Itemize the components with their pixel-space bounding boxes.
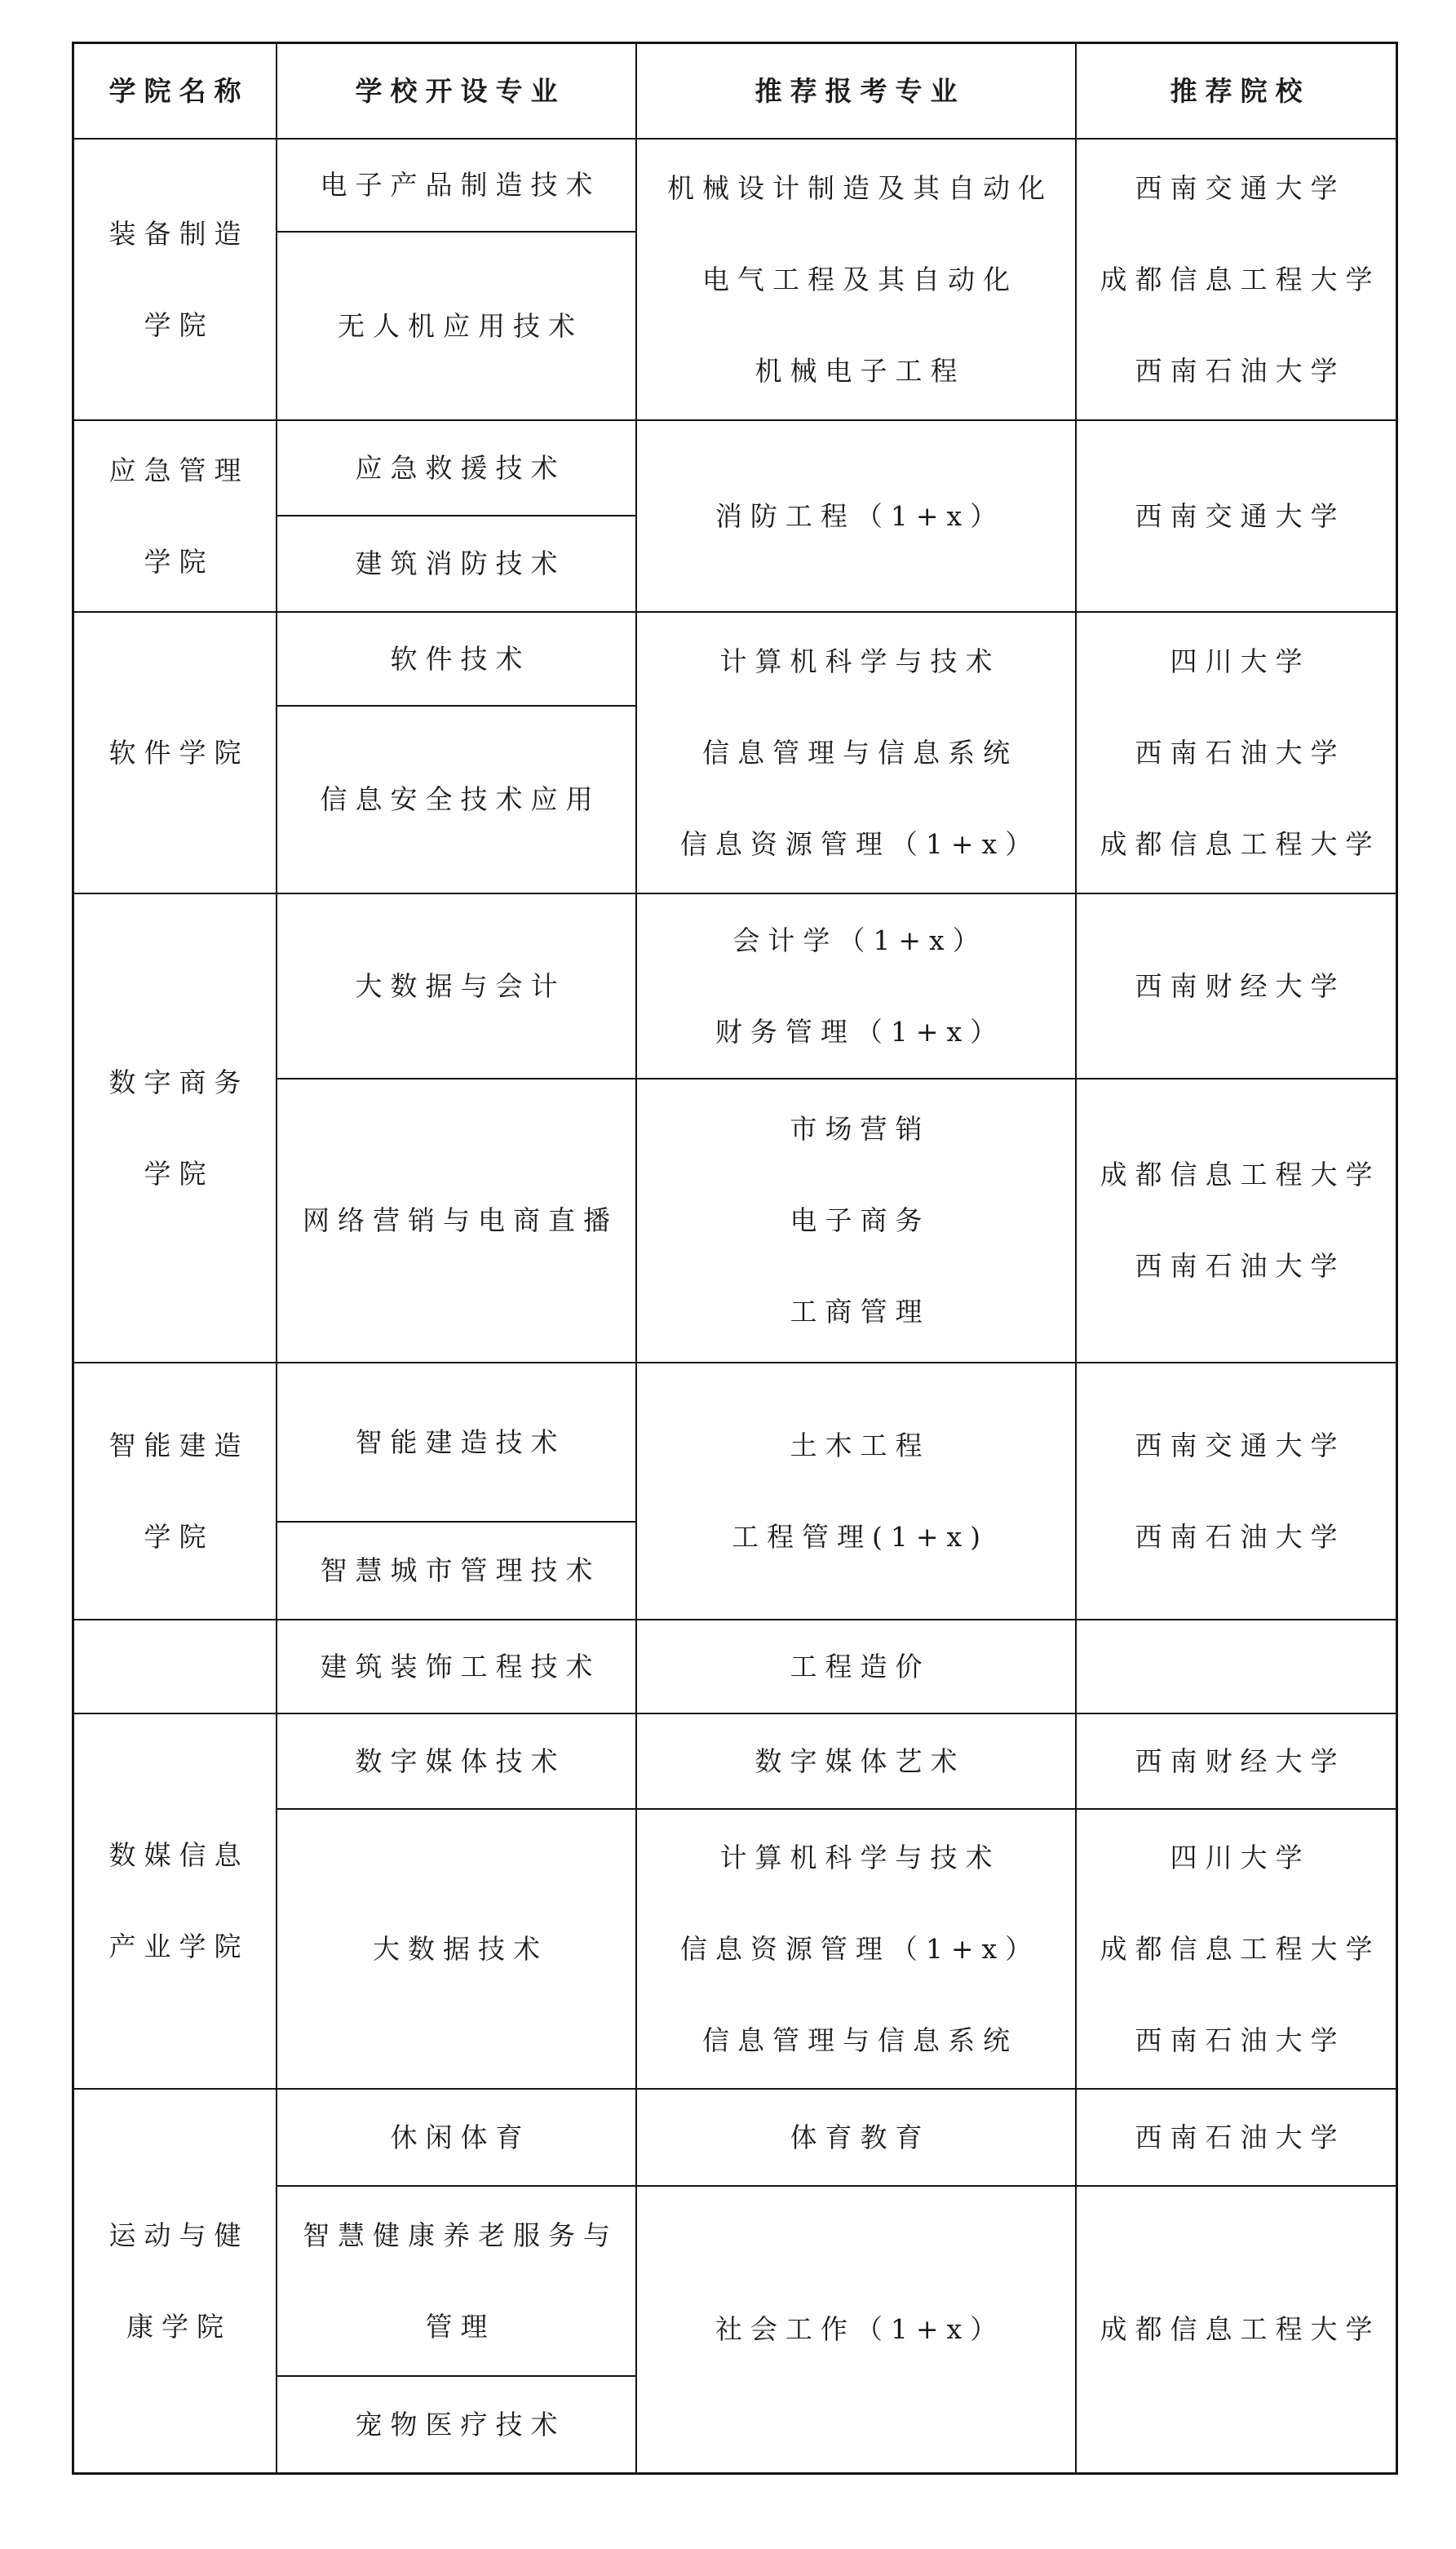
cell-rec-commerce: 市场营销电子商务工商管理 — [637, 1079, 1077, 1363]
cell-line: 计算机科学与技术 — [712, 616, 1001, 707]
cell-line: 市场营销 — [782, 1084, 931, 1175]
cell-major-pet-medical: 宠物医疗技术 — [277, 2377, 637, 2472]
cell-uni-bigdata: 四川大学成都信息工程大学西南石油大学 — [1077, 1810, 1396, 2090]
cell-line: 建筑装饰工程技术 — [312, 1621, 601, 1713]
cell-uni-construction: 西南交通大学西南石油大学 — [1077, 1363, 1396, 1620]
cell-line: 机械设计制造及其自动化 — [659, 143, 1053, 234]
cell-line: 信息资源管理（1+x） — [672, 799, 1040, 890]
cell-college-digital-media-industry: 数媒信息产业学院 — [74, 1714, 277, 2090]
cell-line: 计算机科学与技术 — [712, 1812, 1001, 1904]
cell-major-electronics-manufacturing: 电子产品制造技术 — [277, 140, 637, 233]
cell-line: 西南石油大学 — [1127, 1995, 1346, 2086]
cell-major-bigdata-accounting: 大数据与会计 — [277, 894, 637, 1079]
cell-line: 信息资源管理（1+x） — [672, 1904, 1040, 1995]
cell-line: 社会工作（1+x） — [707, 2284, 1005, 2375]
cell-line: 数媒信息 — [101, 1810, 250, 1901]
cell-line: 西南石油大学 — [1127, 1492, 1346, 1583]
cell-line: 四川大学 — [1162, 616, 1311, 707]
cell-major-intelligent-construction-tech: 智能建造技术 — [277, 1363, 637, 1523]
cell-line: 智能建造 — [101, 1400, 250, 1492]
cell-rec-accounting: 会计学（1+x）财务管理（1+x） — [637, 894, 1077, 1079]
cell-uni-equipment: 西南交通大学成都信息工程大学西南石油大学 — [1077, 140, 1396, 421]
cell-line: 西南财经大学 — [1127, 1716, 1346, 1807]
cell-major-digital-media-tech: 数字媒体技术 — [277, 1714, 637, 1810]
cell-major-smart-elderly-care: 智慧健康养老服务与管理 — [277, 2187, 637, 2377]
cell-college-digital-commerce: 数字商务学院 — [74, 894, 277, 1363]
cell-line: 软件学院 — [101, 707, 250, 799]
admission-recommendation-table: 学院名称 学校开设专业 推荐报考专业 推荐院校 装备制造学院 应急管理学院 软件… — [72, 42, 1398, 2475]
cell-line: 西南财经大学 — [1127, 941, 1346, 1032]
cell-line: 工程管理(1+x) — [724, 1492, 989, 1583]
cell-line: 工商管理 — [782, 1266, 931, 1358]
cell-line: 建筑消防技术 — [347, 518, 566, 610]
cell-line: 数字媒体技术 — [347, 1716, 566, 1807]
cell-line: 应急管理 — [101, 425, 250, 516]
cell-line: 电子产品制造技术 — [312, 140, 601, 231]
cell-major-uav-application: 无人机应用技术 — [277, 233, 637, 421]
cell-line: 信息安全技术应用 — [312, 754, 601, 845]
cell-line: 宠物医疗技术 — [347, 2379, 566, 2471]
cell-line: 西南交通大学 — [1127, 143, 1346, 234]
cell-major-leisure-sports: 休闲体育 — [277, 2090, 637, 2187]
cell-line: 机械电子工程 — [747, 326, 966, 417]
cell-uni-accounting: 西南财经大学 — [1077, 894, 1396, 1079]
cell-line: 四川大学 — [1162, 1812, 1311, 1904]
cell-line: 大数据与会计 — [347, 941, 566, 1032]
cell-uni-empty — [1077, 1620, 1396, 1714]
header-majors-offered: 学校开设专业 — [277, 44, 637, 140]
header-recommended-universities-label: 推荐院校 — [1162, 46, 1311, 137]
cell-college-equipment: 装备制造学院 — [74, 140, 277, 421]
cell-line: 学院 — [136, 516, 215, 608]
cell-line: 学院 — [136, 280, 215, 371]
cell-line: 成都信息工程大学 — [1092, 799, 1381, 890]
cell-major-building-fire-protection: 建筑消防技术 — [277, 516, 637, 613]
cell-line: 康学院 — [118, 2281, 232, 2373]
header-college: 学院名称 — [74, 44, 277, 140]
cell-line: 运动与健 — [101, 2190, 250, 2281]
cell-major-emergency-rescue: 应急救援技术 — [277, 421, 637, 516]
cell-line: 西南石油大学 — [1127, 1221, 1346, 1312]
cell-line: 休闲体育 — [383, 2092, 531, 2183]
cell-college-empty — [74, 1620, 277, 1714]
cell-line: 会计学（1+x） — [724, 895, 987, 986]
cell-uni-commerce: 成都信息工程大学西南石油大学 — [1077, 1079, 1396, 1363]
cell-line: 体育教育 — [782, 2092, 931, 2183]
header-recommended-universities: 推荐院校 — [1077, 44, 1396, 140]
cell-line: 西南石油大学 — [1127, 707, 1346, 799]
cell-line: 大数据技术 — [365, 1904, 548, 1995]
cell-line: 消防工程（1+x） — [707, 471, 1005, 562]
cell-line: 成都信息工程大学 — [1092, 1904, 1381, 1995]
cell-rec-emergency: 消防工程（1+x） — [637, 421, 1077, 613]
cell-line: 西南交通大学 — [1127, 471, 1346, 562]
cell-major-software-technology: 软件技术 — [277, 613, 637, 707]
cell-line: 数字媒体艺术 — [747, 1716, 966, 1807]
cell-rec-media-art: 数字媒体艺术 — [637, 1714, 1077, 1810]
header-recommended-majors: 推荐报考专业 — [637, 44, 1077, 140]
cell-uni-social-work: 成都信息工程大学 — [1077, 2187, 1396, 2472]
cell-rec-physical-education: 体育教育 — [637, 2090, 1077, 2187]
cell-line: 信息管理与信息系统 — [694, 707, 1018, 799]
cell-line: 电气工程及其自动化 — [694, 234, 1018, 326]
cell-line: 西南交通大学 — [1127, 1400, 1346, 1492]
cell-line: 智慧城市管理技术 — [312, 1525, 601, 1616]
cell-uni-sports: 西南石油大学 — [1077, 2090, 1396, 2187]
cell-line: 网络营销与电商直播 — [294, 1175, 618, 1266]
cell-major-building-decoration: 建筑装饰工程技术 — [277, 1620, 637, 1714]
cell-rec-software: 计算机科学与技术信息管理与信息系统信息资源管理（1+x） — [637, 613, 1077, 894]
cell-line: 学院 — [136, 1128, 215, 1220]
cell-rec-social-work: 社会工作（1+x） — [637, 2187, 1077, 2472]
header-majors-offered-label: 学校开设专业 — [347, 46, 566, 137]
cell-major-information-security: 信息安全技术应用 — [277, 707, 637, 894]
cell-line: 西南石油大学 — [1127, 326, 1346, 417]
cell-uni-media: 西南财经大学 — [1077, 1714, 1396, 1810]
cell-line: 学院 — [136, 1492, 215, 1583]
cell-uni-software: 四川大学西南石油大学成都信息工程大学 — [1077, 613, 1396, 894]
header-college-label: 学院名称 — [101, 46, 250, 137]
cell-line: 应急救援技术 — [347, 423, 566, 514]
cell-line: 智能建造技术 — [347, 1397, 566, 1488]
cell-rec-bigdata: 计算机科学与技术信息资源管理（1+x）信息管理与信息系统 — [637, 1810, 1077, 2090]
cell-line: 智慧健康养老服务与 — [294, 2190, 618, 2281]
header-recommended-majors-label: 推荐报考专业 — [747, 46, 966, 137]
cell-line: 土木工程 — [782, 1400, 931, 1492]
cell-rec-construction: 土木工程工程管理(1+x) — [637, 1363, 1077, 1620]
cell-line: 西南石油大学 — [1127, 2092, 1346, 2183]
cell-rec-equipment: 机械设计制造及其自动化电气工程及其自动化机械电子工程 — [637, 140, 1077, 421]
document-page: 学院名称 学校开设专业 推荐报考专业 推荐院校 装备制造学院 应急管理学院 软件… — [0, 0, 1456, 2549]
cell-college-emergency: 应急管理学院 — [74, 421, 277, 613]
cell-line: 数字商务 — [101, 1037, 250, 1128]
cell-line: 成都信息工程大学 — [1092, 1129, 1381, 1221]
cell-line: 管理 — [418, 2281, 496, 2373]
cell-line: 电子商务 — [782, 1175, 931, 1266]
cell-college-sports-health: 运动与健康学院 — [74, 2090, 277, 2472]
cell-college-intelligent-construction: 智能建造学院 — [74, 1363, 277, 1620]
cell-major-bigdata-tech: 大数据技术 — [277, 1810, 637, 2090]
cell-major-network-marketing-livestream: 网络营销与电商直播 — [277, 1079, 637, 1363]
cell-college-software: 软件学院 — [74, 613, 277, 894]
cell-line: 软件技术 — [383, 614, 531, 705]
cell-rec-cost: 工程造价 — [637, 1620, 1077, 1714]
cell-line: 信息管理与信息系统 — [694, 1995, 1018, 2086]
cell-line: 装备制造 — [101, 188, 250, 280]
cell-line: 成都信息工程大学 — [1092, 2284, 1381, 2375]
cell-line: 产业学院 — [101, 1901, 250, 1993]
cell-line: 工程造价 — [782, 1621, 931, 1713]
cell-line: 无人机应用技术 — [330, 281, 583, 372]
cell-major-smart-city-management: 智慧城市管理技术 — [277, 1523, 637, 1620]
cell-line: 成都信息工程大学 — [1092, 234, 1381, 326]
cell-uni-emergency: 西南交通大学 — [1077, 421, 1396, 613]
cell-line: 财务管理（1+x） — [707, 986, 1005, 1078]
